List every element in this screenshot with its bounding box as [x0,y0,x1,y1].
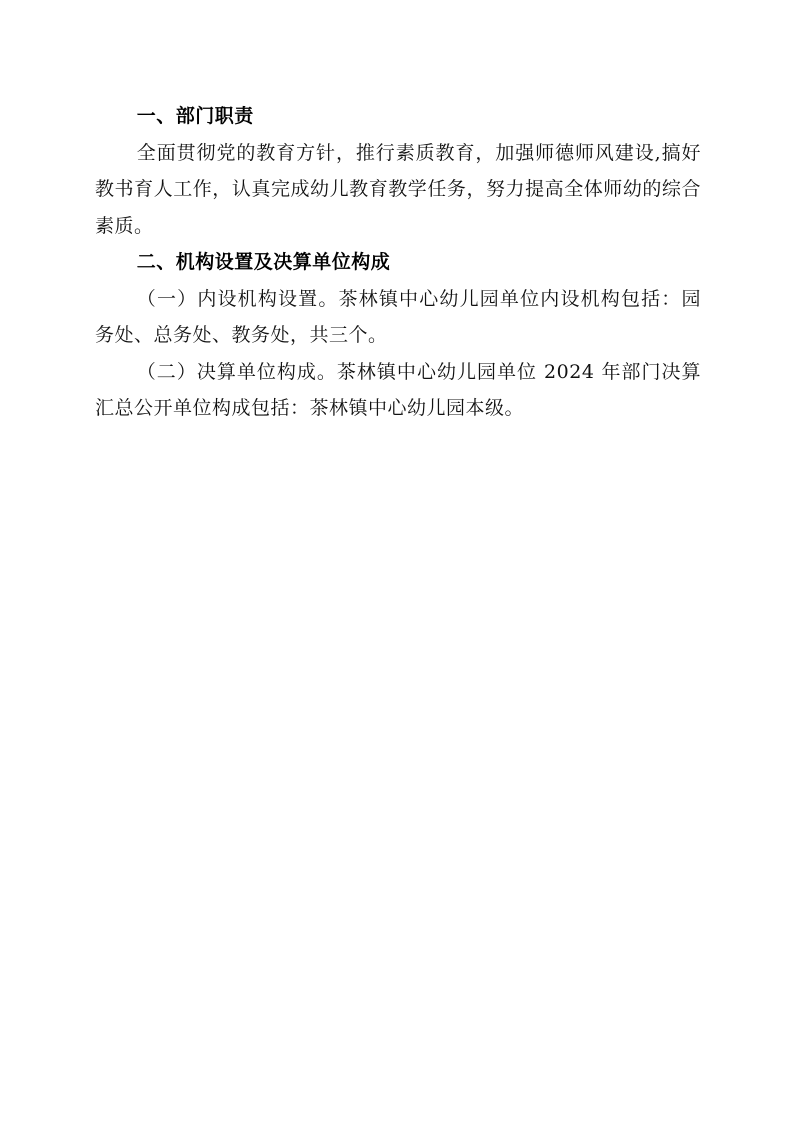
paragraph-final-accounts-units: （二）决算单位构成。茶林镇中心幼儿园单位 2024 年部门决算汇总公开单位构成包… [95,354,701,427]
document-page: 一、部门职责 全面贯彻党的教育方针，推行素质教育，加强师德师风建设,搞好教书育人… [0,0,793,1122]
paragraph-department-duties: 全面贯彻党的教育方针，推行素质教育，加强师德师风建设,搞好教书育人工作，认真完成… [95,135,701,245]
paragraph-internal-org-setup: （一）内设机构设置。茶林镇中心幼儿园单位内设机构包括：园务处、总务处、教务处，共… [95,281,701,354]
section-heading-department-duties: 一、部门职责 [95,98,701,135]
section-heading-org-structure: 二、机构设置及决算单位构成 [95,244,701,281]
